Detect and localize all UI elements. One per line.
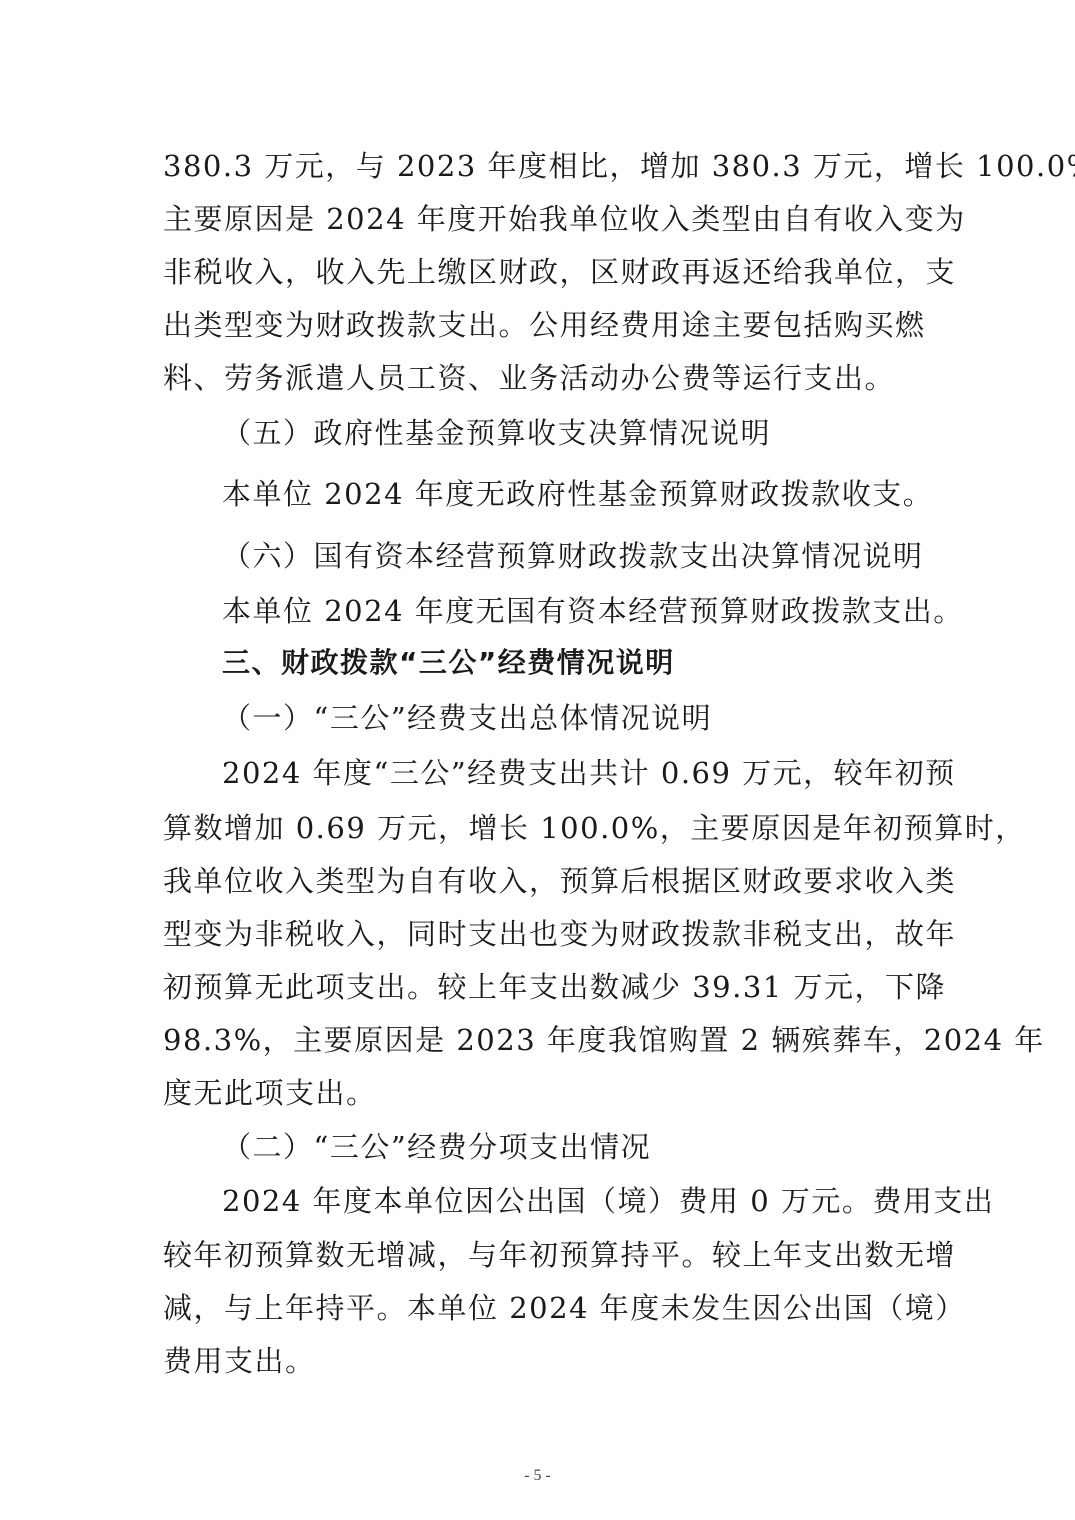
subheading-government-fund: （五）政府性基金预算收支决算情况说明 — [222, 413, 771, 453]
text-line: 型变为非税收入，同时支出也变为财政拨款非税支出，故年 — [163, 914, 913, 954]
text-line: 2024 年度“三公”经费支出共计 0.69 万元，较年初预 — [222, 753, 913, 793]
text-line: 我单位收入类型为自有收入，预算后根据区财政要求收入类 — [163, 861, 913, 901]
text-line: 费用支出。 — [163, 1341, 316, 1381]
paragraph-government-fund: 本单位 2024 年度无政府性基金预算财政拨款收支。 — [222, 474, 933, 514]
text-line: 算数增加 0.69 万元，增长 100.0%，主要原因是年初预算时， — [163, 808, 913, 848]
text-line: 减，与上年持平。本单位 2024 年度未发生因公出国（境） — [163, 1288, 913, 1328]
subheading-state-capital: （六）国有资本经营预算财政拨款支出决算情况说明 — [222, 536, 924, 576]
paragraph-state-capital: 本单位 2024 年度无国有资本经营预算财政拨款支出。 — [222, 591, 964, 631]
text-line: 料、劳务派遣人员工资、业务活动办公费等运行支出。 — [163, 358, 895, 398]
page-number: - 5 - — [0, 1467, 1075, 1485]
subheading-itemized: （二）“三公”经费分项支出情况 — [222, 1127, 651, 1167]
section-heading-three-public: 三、财政拨款“三公”经费情况说明 — [222, 643, 675, 683]
text-line: 度无此项支出。 — [163, 1073, 377, 1113]
text-line: 出类型变为财政拨款支出。公用经费用途主要包括购买燃 — [163, 305, 913, 345]
text-line: 初预算无此项支出。较上年支出数减少 39.31 万元，下降 — [163, 967, 913, 1007]
text-line: 较年初预算数无增减，与年初预算持平。较上年支出数无增 — [163, 1235, 913, 1275]
subheading-overall: （一）“三公”经费支出总体情况说明 — [222, 698, 712, 738]
text-line: 非税收入，收入先上缴区财政，区财政再返还给我单位，支 — [163, 252, 913, 292]
text-line: 2024 年度本单位因公出国（境）费用 0 万元。费用支出 — [222, 1181, 913, 1221]
text-line: 98.3%，主要原因是 2023 年度我馆购置 2 辆殡葬车，2024 年 — [163, 1020, 913, 1060]
text-line: 380.3 万元，与 2023 年度相比，增加 380.3 万元，增长 100.… — [163, 146, 913, 186]
text-line: 主要原因是 2024 年度开始我单位收入类型由自有收入变为 — [163, 199, 913, 239]
